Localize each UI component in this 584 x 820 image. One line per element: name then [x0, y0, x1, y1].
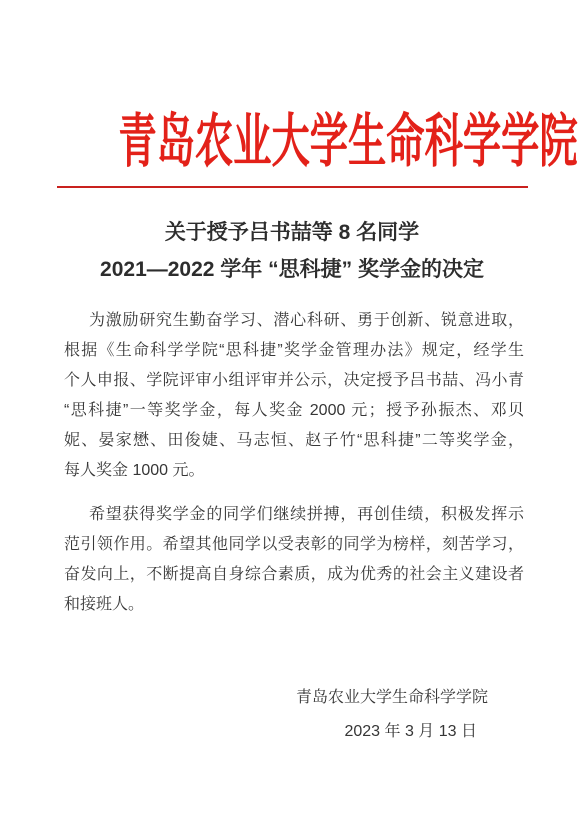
body-line: 范引领作用。希望其他同学以受表彰的同学为榜样，刻苦学习，: [64, 530, 524, 560]
document-body: 为激励研究生勤奋学习、潜心科研、勇于创新、锐意进取， 根据《生命科学学院“思科捷…: [0, 306, 584, 620]
letterhead: 青岛农业大学生命科学学院: [0, 0, 584, 178]
document-page: 青岛农业大学生命科学学院 关于授予吕书喆等 8 名同学 2021—2022 学年…: [0, 0, 584, 820]
letterhead-divider: [57, 186, 528, 188]
signature-block: 青岛农业大学生命科学学院 2023 年 3 月 13 日: [0, 683, 584, 747]
document-title: 关于授予吕书喆等 8 名同学 2021—2022 学年 “思科捷” 奖学金的决定: [0, 214, 584, 288]
body-line: 妮、晏家懋、田俊婕、马志恒、赵子竹“思科捷”二等奖学金，: [64, 426, 524, 456]
body-line: 奋发向上，不断提高自身综合素质，成为优秀的社会主义建设者: [64, 560, 524, 590]
body-line: 根据《生命科学学院“思科捷”奖学金管理办法》规定，经学生: [64, 336, 524, 366]
signature-date: 2023 年 3 月 13 日: [0, 717, 584, 747]
body-line: 希望获得奖学金的同学们继续拼搏，再创佳绩，积极发挥示: [64, 500, 524, 530]
document-title-line2: 2021—2022 学年 “思科捷” 奖学金的决定: [0, 251, 584, 288]
signature-organization: 青岛农业大学生命科学学院: [0, 683, 584, 713]
letterhead-title: 青岛农业大学生命科学学院: [118, 106, 577, 178]
paragraph-1: 为激励研究生勤奋学习、潜心科研、勇于创新、锐意进取， 根据《生命科学学院“思科捷…: [64, 306, 524, 486]
paragraph-2: 希望获得奖学金的同学们继续拼搏，再创佳绩，积极发挥示 范引领作用。希望其他同学以…: [64, 500, 524, 620]
document-title-line1: 关于授予吕书喆等 8 名同学: [0, 214, 584, 251]
body-line: 为激励研究生勤奋学习、潜心科研、勇于创新、锐意进取，: [64, 306, 524, 336]
body-line: 每人奖金 1000 元。: [64, 456, 524, 486]
body-line: 个人申报、学院评审小组评审并公示，决定授予吕书喆、冯小青: [64, 366, 524, 396]
body-line: “思科捷”一等奖学金，每人奖金 2000 元；授予孙振杰、邓贝: [64, 396, 524, 426]
body-line: 和接班人。: [64, 590, 524, 620]
